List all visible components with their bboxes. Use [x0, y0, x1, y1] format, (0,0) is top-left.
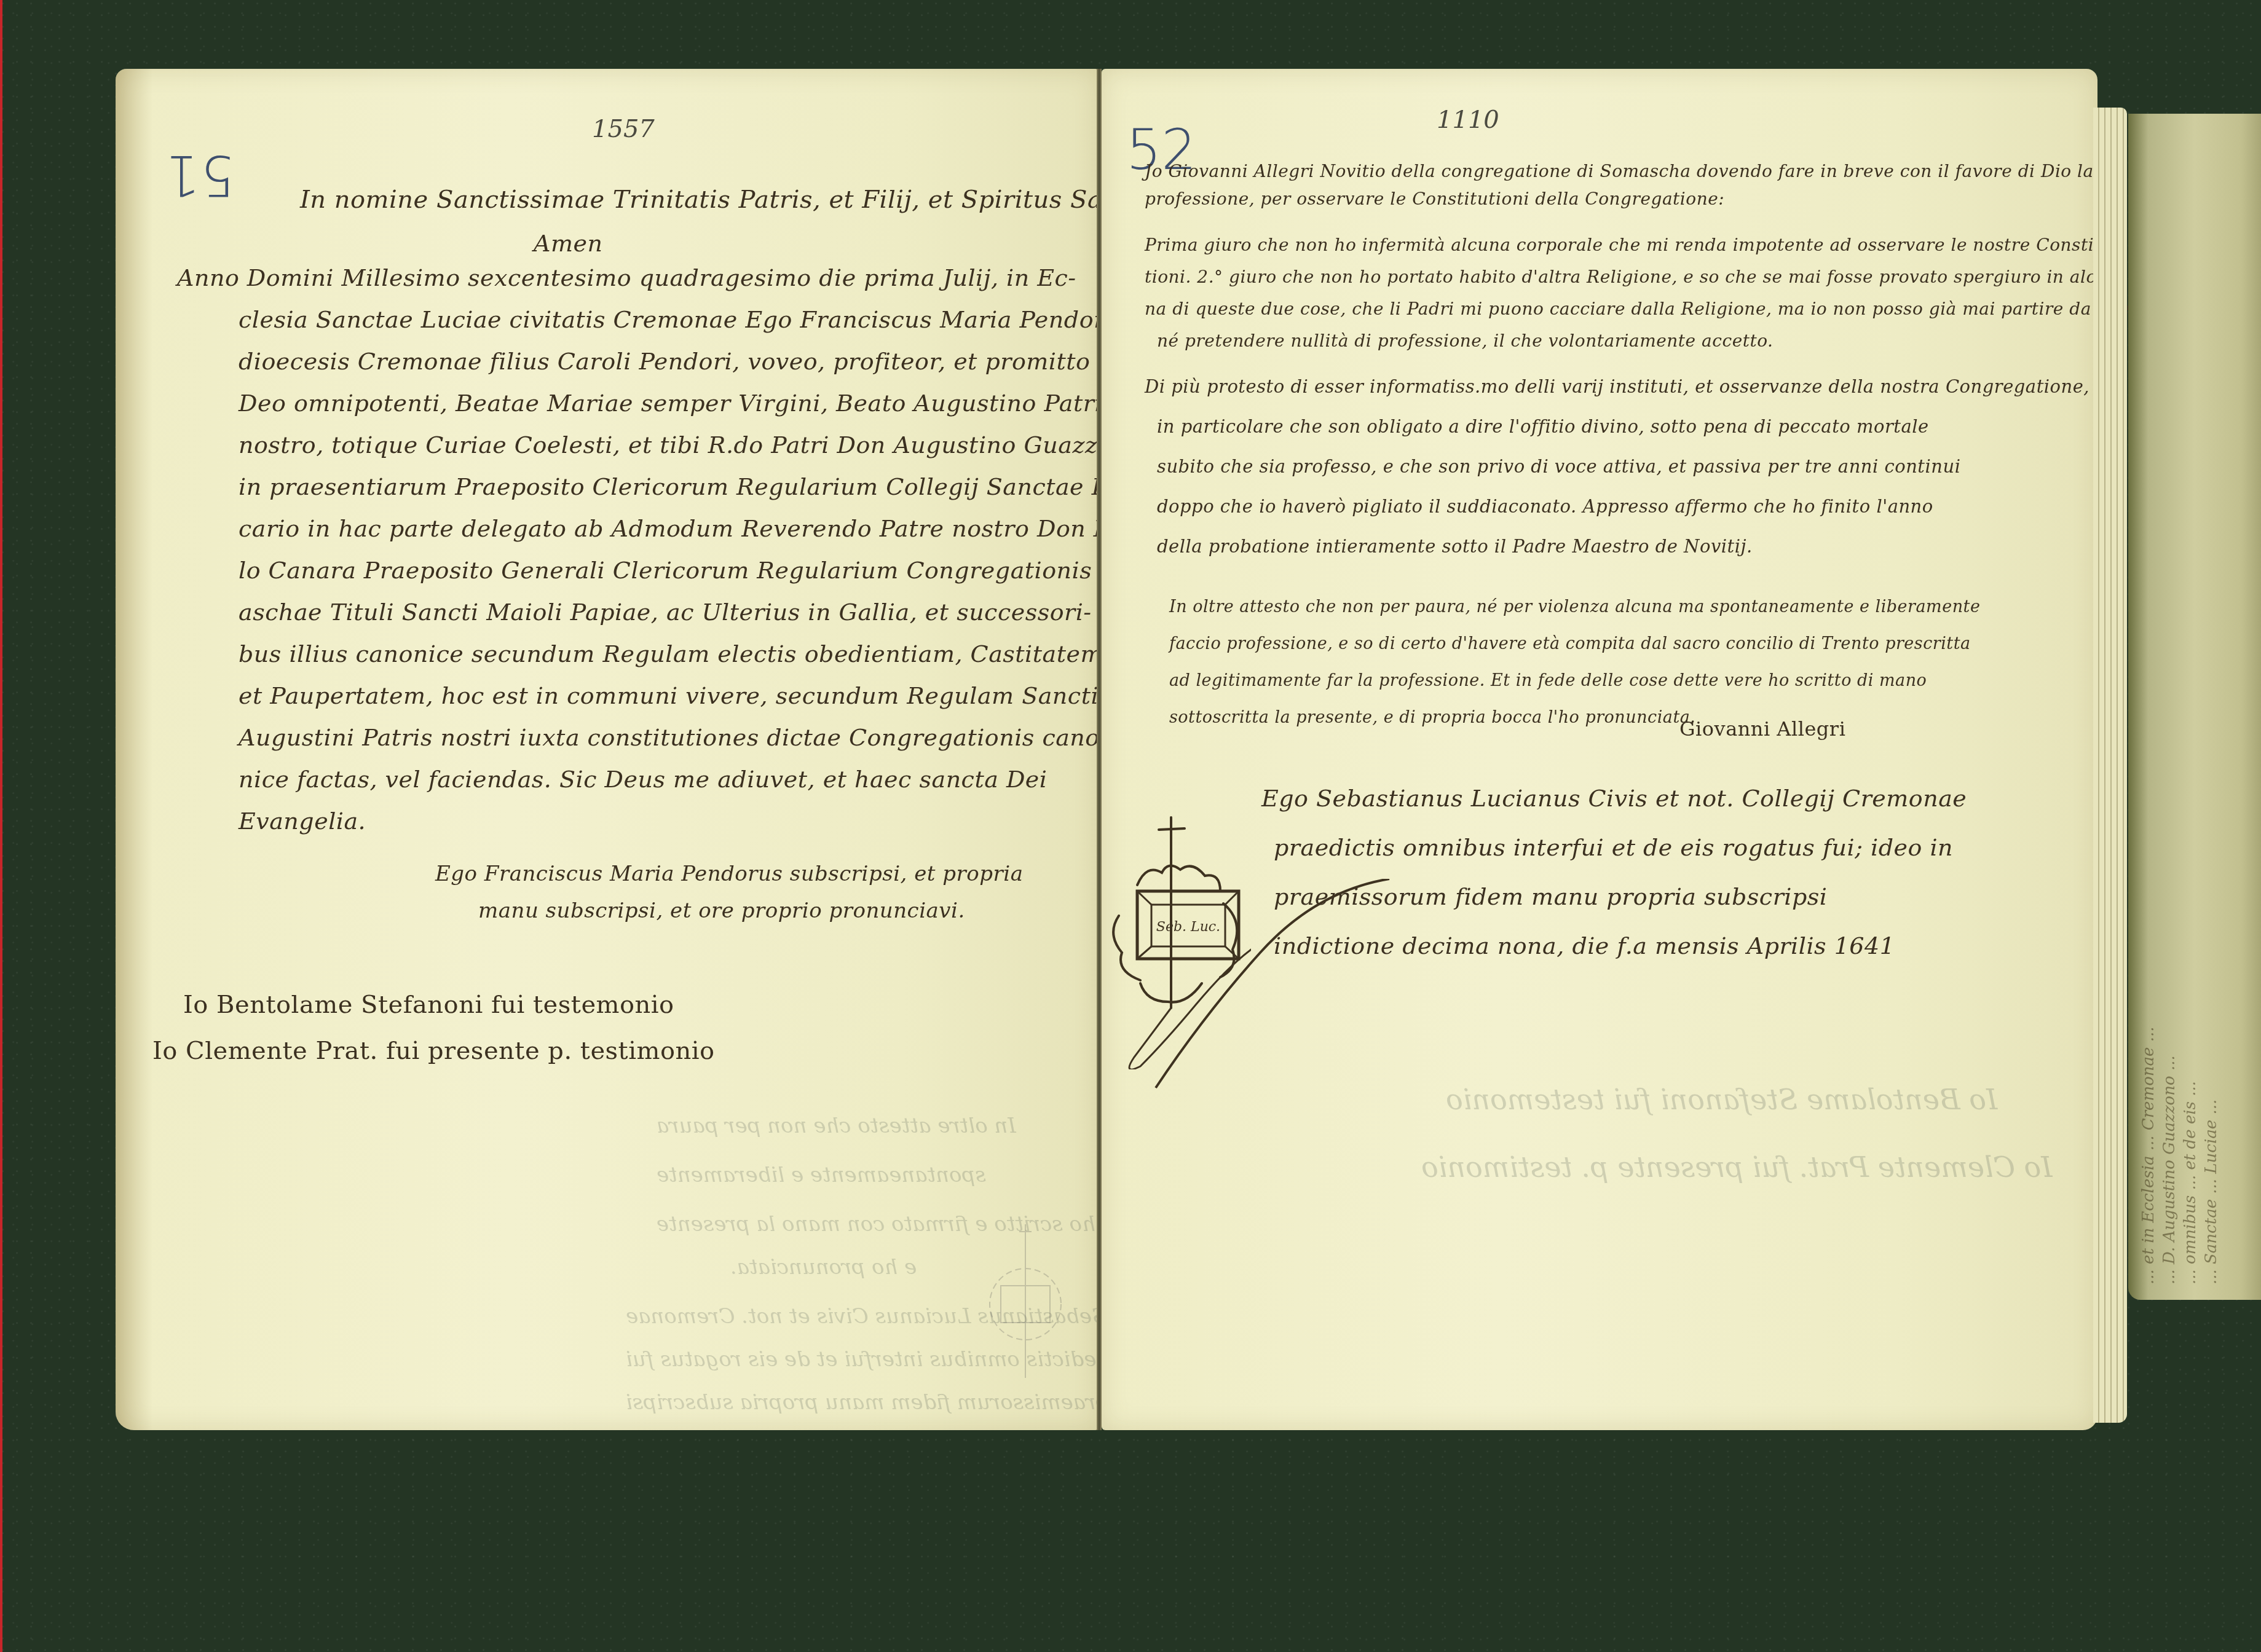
text-line: Ego Sebastianus Lucianus Civis et not. C…: [1261, 785, 1967, 812]
text-line: Jo Giovanni Allegri Novitio della congre…: [1145, 161, 2094, 181]
top-annotation-right: 1110: [1437, 106, 1499, 134]
invocation-heading: In nomine Sanctissimae Trinitatis Patris…: [300, 186, 1159, 214]
parchment-leaf-text: ... et in Ecclesia ... Cremonae ... ... …: [2138, 129, 2255, 1284]
text-line: Prima giuro che non ho infermità alcuna …: [1145, 235, 2118, 255]
professor-signature-line-1: Ego Franciscus Maria Pendorus subscripsi…: [435, 862, 1023, 886]
text-line: in praesentiarum Praeposito Clericorum R…: [239, 473, 1210, 500]
professor-signature-line-2: manu subscripsi, et ore proprio pronunci…: [478, 899, 965, 923]
text-line: Deo omnipotenti, Beatae Mariae semper Vi…: [239, 390, 1102, 417]
text-line: in particolare che son obligato a dire l…: [1157, 416, 1929, 437]
text-line: aschae Tituli Sancti Maioli Papiae, ac U…: [239, 599, 1092, 626]
scanner-edge-strip: [0, 0, 2, 1652]
text-line: bus illius canonice secundum Regulam ele…: [239, 640, 1111, 667]
text-line: professione, per osservare le Constituti…: [1145, 189, 1724, 209]
novice-signature: Giovanni Allegri: [1679, 717, 1845, 741]
text-line: ad legitimamente far la professione. Et …: [1169, 671, 1927, 690]
text-line: na di queste due cose, che li Padri mi p…: [1145, 299, 2153, 319]
top-annotation-left: 1557: [592, 115, 655, 143]
text-line: né pretendere nullità di professione, il…: [1157, 331, 1773, 351]
text-line: sottoscritta la presente, e di propria b…: [1169, 708, 1695, 727]
text-line: della probatione intieramente sotto il P…: [1157, 536, 1753, 557]
text-line: tioni. 2.° giuro che non ho portato habi…: [1145, 267, 2113, 287]
right-page: 52 1110 Io Bentolame Stefanoni fui teste…: [1102, 69, 2097, 1430]
text-line: In oltre attesto che non per paura, né p…: [1169, 597, 1980, 616]
text-line: clesia Sanctae Luciae civitatis Cremonae…: [239, 306, 1132, 333]
signature-flourish-icon: [1143, 879, 1402, 1100]
text-line: Di più protesto di esser informatiss.mo …: [1145, 376, 2114, 397]
page-block-edges: [2093, 108, 2127, 1423]
text-line: Evangelia.: [239, 808, 366, 835]
witness-signature-1: Io Bentolame Stefanoni fui testemonio: [183, 991, 674, 1019]
text-line: faccio professione, e so di certo d'have…: [1169, 634, 1971, 653]
text-line: subito che sia professo, e che son privo…: [1157, 456, 1960, 477]
text-line: Augustini Patris nostri iuxta constituti…: [239, 724, 1108, 751]
text-line: Anno Domini Millesimo sexcentesimo quadr…: [177, 264, 1076, 291]
text-line: nostro, totique Curiae Coelesti, et tibi…: [239, 431, 1142, 458]
folio-number-left: 51: [165, 143, 235, 207]
seal-bleed-through-icon: [982, 1224, 1068, 1384]
text-line: et Paupertatem, hoc est in communi viver…: [239, 682, 1099, 709]
text-line: praedictis omnibus interfui et de eis ro…: [1274, 834, 1953, 861]
text-line: nice factas, vel faciendas. Sic Deus me …: [239, 766, 1048, 793]
amen-heading: Amen: [534, 230, 602, 257]
text-line: doppo che io haverò pigliato il suddiaco…: [1157, 496, 1933, 517]
text-line: cario in hac parte delegato ab Admodum R…: [239, 515, 1146, 542]
witness-signature-2: Io Clemente Prat. fui presente p. testim…: [152, 1037, 715, 1065]
text-line: dioecesis Cremonae filius Caroli Pendori…: [239, 348, 1090, 375]
left-page: 51 1557 In oltre attesto che non per pau…: [116, 69, 1099, 1430]
book-gutter: [1097, 69, 1102, 1430]
text-line: lo Canara Praeposito Generali Clericorum…: [239, 557, 1161, 584]
